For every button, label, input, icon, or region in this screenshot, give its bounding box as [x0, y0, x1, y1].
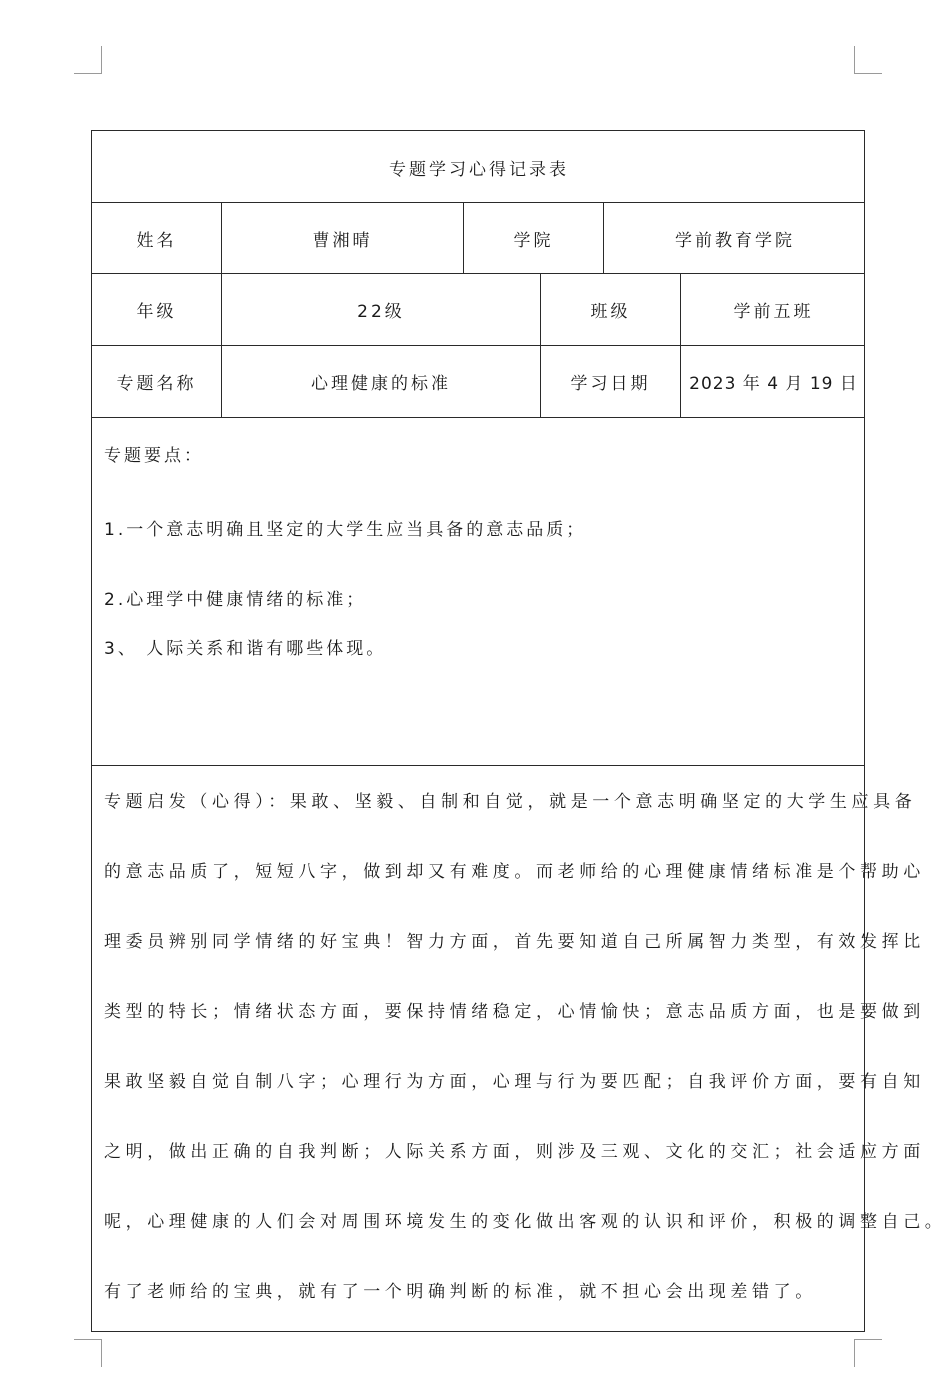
class-label: 班级	[541, 274, 680, 345]
key-point-item: 3、 人际关系和谐有哪些体现。	[104, 634, 386, 659]
date-label: 学习日期	[541, 346, 680, 417]
insight-line: 之明，做出正确的自我判断；人际关系方面，则涉及三观、文化的交汇；社会适应方面	[104, 1117, 856, 1187]
name-value: 曹湘晴	[222, 203, 463, 274]
grade-value: 22级	[222, 274, 540, 345]
class-value: 学前五班	[681, 274, 866, 345]
crop-mark-top-right	[854, 46, 882, 74]
key-point-item: 2.心理学中健康情绪的标准；	[104, 585, 366, 610]
topic-value: 心理健康的标准	[222, 346, 540, 417]
insight-line: 呢，心理健康的人们会对周围环境发生的变化做出客观的认识和评价，积极的调整自己。	[104, 1187, 856, 1257]
insight-line: 理委员辨别同学情绪的好宝典！智力方面，首先要知道自己所属智力类型，有效发挥比	[104, 907, 856, 977]
college-label: 学院	[464, 203, 603, 274]
row-divider	[92, 765, 864, 766]
crop-mark-bottom-right	[854, 1339, 882, 1367]
key-point-item: 1.一个意志明确且坚定的大学生应当具备的意志品质；	[104, 515, 586, 540]
topic-label: 专题名称	[92, 346, 221, 417]
college-value: 学前教育学院	[604, 203, 866, 274]
row-divider	[92, 417, 864, 418]
crop-mark-bottom-left	[74, 1339, 102, 1367]
date-value: 2023 年 4 月 19 日	[681, 346, 866, 417]
insight-section: 专题启发（心得）：果敢、坚毅、自制和自觉，就是一个意志明确坚定的大学生应具备 的…	[104, 767, 856, 1327]
insight-line: 类型的特长；情绪状态方面，要保持情绪稳定，心情愉快；意志品质方面，也是要做到	[104, 977, 856, 1047]
insight-line: 有了老师给的宝典，就有了一个明确判断的标准，就不担心会出现差错了。	[104, 1257, 856, 1327]
key-points-heading: 专题要点：	[104, 441, 204, 466]
insight-line: 果敢坚毅自觉自制八字；心理行为方面，心理与行为要匹配；自我评价方面，要有自知	[104, 1047, 856, 1117]
name-label: 姓名	[92, 203, 221, 274]
insight-line: 的意志品质了，短短八字，做到却又有难度。而老师给的心理健康情绪标准是个帮助心	[104, 837, 856, 907]
record-table: 专题学习心得记录表 姓名 曹湘晴 学院 学前教育学院 年级 22级 班级 学前五…	[91, 130, 865, 1332]
form-title: 专题学习心得记录表	[92, 131, 866, 203]
insight-line: 专题启发（心得）：果敢、坚毅、自制和自觉，就是一个意志明确坚定的大学生应具备	[104, 767, 856, 837]
grade-label: 年级	[92, 274, 221, 345]
crop-mark-top-left	[74, 46, 102, 74]
